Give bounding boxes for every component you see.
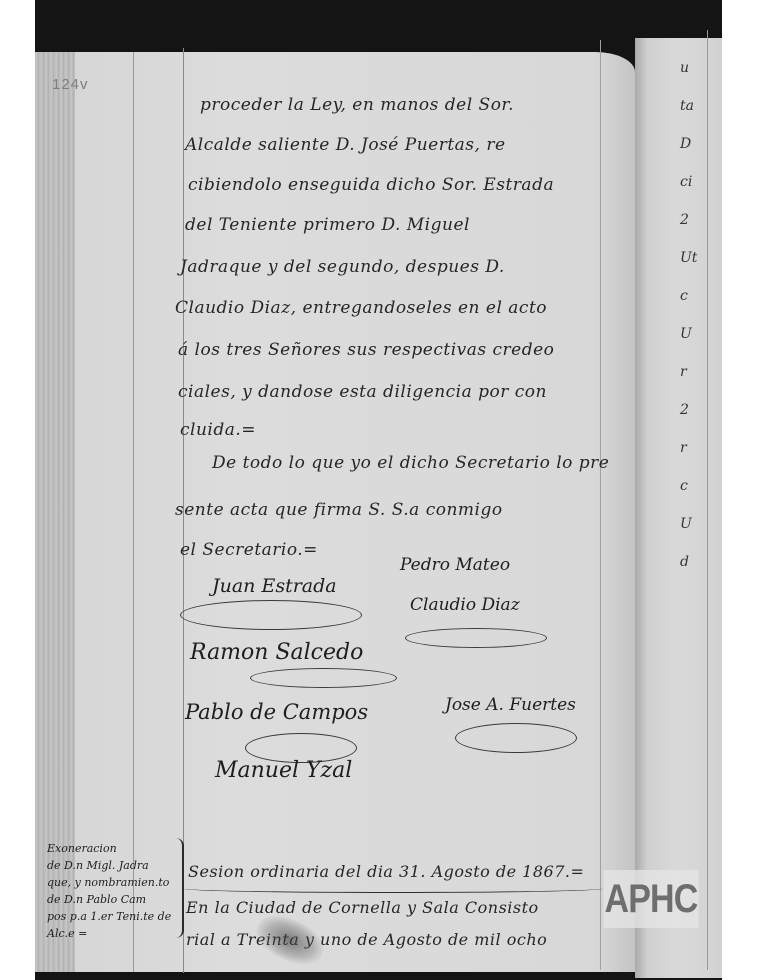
right-page-text-fragments: u ta D ci 2 Ut c U r 2 r c U d xyxy=(680,60,700,592)
margin-note-line: de D.n Pablo Cam xyxy=(47,891,175,908)
body-line: á los tres Señores sus respectivas crede… xyxy=(178,340,554,360)
fragment: ta xyxy=(680,98,700,136)
body-line: Alcalde saliente D. José Puertas, re xyxy=(185,135,506,155)
left-margin-rule xyxy=(133,52,134,972)
margin-note-line: pos p.a 1.er Teni.te de xyxy=(47,908,175,925)
fragment: c xyxy=(680,478,700,516)
right-margin-rule xyxy=(600,40,601,970)
margin-note: Exoneracion de D.n Migl. Jadra que, y no… xyxy=(47,840,175,942)
signature-claudio-diaz: Claudio Diaz xyxy=(410,595,520,615)
body-line: De todo lo que yo el dicho Secretario lo… xyxy=(212,453,609,473)
body-line: ciales, y dandose esta diligencia por co… xyxy=(178,382,547,402)
folio-number: 124v xyxy=(52,76,89,93)
session-line: rial a Treinta y uno de Agosto de mil oc… xyxy=(186,930,547,949)
margin-brace xyxy=(176,838,184,938)
fragment: U xyxy=(680,326,700,364)
fragment: Ut xyxy=(680,250,700,288)
heading-underline xyxy=(183,884,603,893)
margin-note-line: Alc.e = xyxy=(47,925,175,942)
body-line: cluida.= xyxy=(180,420,256,440)
margin-note-line: que, y nombramien.to xyxy=(47,874,175,891)
body-line: proceder la Ley, en manos del Sor. xyxy=(200,95,514,115)
signature-pedro-mateo: Pedro Mateo xyxy=(400,555,510,575)
body-line: del Teniente primero D. Miguel xyxy=(185,215,470,235)
fragment: r xyxy=(680,440,700,478)
right-page-rule xyxy=(707,30,708,970)
fragment: u xyxy=(680,60,700,98)
signature-jose-a-fuertes: Jose A. Fuertes xyxy=(445,695,576,715)
signature-flourish xyxy=(405,628,547,648)
page-edge-stack xyxy=(35,52,75,972)
body-line: Claudio Diaz, entregandoseles en el acto xyxy=(175,298,547,318)
margin-note-line: Exoneracion xyxy=(47,840,175,857)
fragment: 2 xyxy=(680,212,700,250)
fragment: ci xyxy=(680,174,700,212)
signature-manuel-yzal: Manuel Yzal xyxy=(215,758,352,783)
session-heading: Sesion ordinaria del dia 31. Agosto de 1… xyxy=(188,862,584,881)
fragment: d xyxy=(680,554,700,592)
body-line: sente acta que firma S. S.a conmigo xyxy=(175,500,503,520)
fragment: 2 xyxy=(680,402,700,440)
session-line: En la Ciudad de Cornella y Sala Consisto xyxy=(186,898,539,917)
fragment: D xyxy=(680,136,700,174)
signature-pablo-de-campos: Pablo de Campos xyxy=(185,700,368,724)
margin-note-line: de D.n Migl. Jadra xyxy=(47,857,175,874)
fragment: c xyxy=(680,288,700,326)
archive-watermark: APHC xyxy=(603,870,698,928)
body-line: cibiendolo enseguida dicho Sor. Estrada xyxy=(188,175,554,195)
body-line: Jadraque y del segundo, despues D. xyxy=(180,257,505,277)
body-line: el Secretario.= xyxy=(180,540,318,560)
signature-flourish xyxy=(455,723,577,753)
signature-flourish xyxy=(180,600,362,630)
signature-flourish xyxy=(250,668,397,688)
fragment: U xyxy=(680,516,700,554)
right-page xyxy=(635,38,722,978)
fragment: r xyxy=(680,364,700,402)
signature-ramon-salcedo: Ramon Salcedo xyxy=(190,640,363,665)
signature-juan-estrada: Juan Estrada xyxy=(212,575,337,597)
